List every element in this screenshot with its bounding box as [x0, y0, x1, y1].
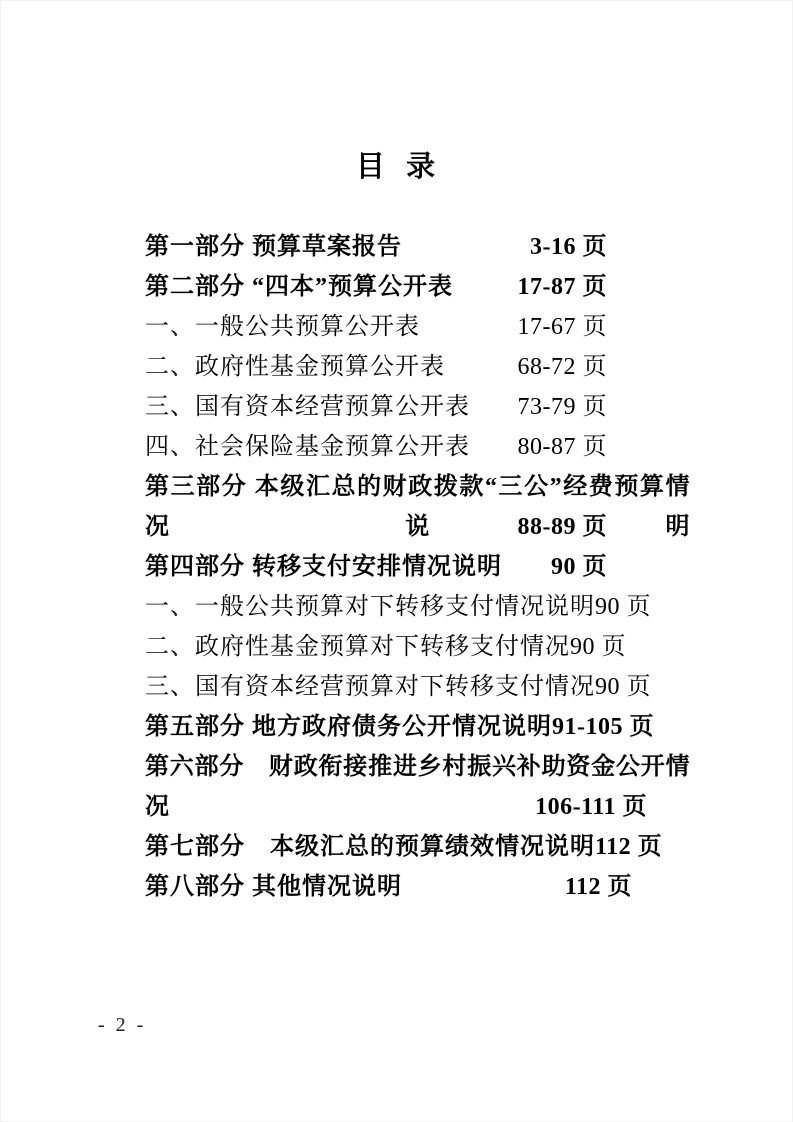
page-title: 目 录 [0, 144, 793, 185]
toc-row: 第一部分 预算草案报告 3-16 页 [145, 227, 690, 267]
toc-row: 第五部分 地方政府债务公开情况说明 91-105 页 [145, 707, 690, 747]
toc-row: 第三部分 本级汇总的财政拨款“三公”经费预算情况说明 [145, 467, 690, 507]
toc-row: 106-111 页 [145, 787, 690, 827]
toc-row-text: 三、国有资本经营预算对下转移支付情况 [145, 667, 595, 707]
toc-row-text: 第八部分 其他情况说明 [145, 867, 402, 907]
toc-row-text: 第四部分 转移支付安排情况说明 [145, 547, 502, 587]
toc-row: 第四部分 转移支付安排情况说明 90 页 [145, 547, 690, 587]
toc-row-text: 第七部分 本级汇总的预算绩效情况说明 [145, 827, 595, 867]
toc-row-text: 第一部分 预算草案报告 [145, 227, 402, 267]
toc-row-page: 73-79 页 [518, 387, 691, 427]
toc-row-text: 第五部分 地方政府债务公开情况说明 [145, 707, 552, 747]
toc-row-text: 第二部分 “四本”预算公开表 [145, 267, 453, 307]
toc-row: 一、一般公共预算对下转移支付情况说明 90 页 [145, 587, 690, 627]
toc-row: 四、社会保险基金预算公开表 80-87 页 [145, 427, 690, 467]
toc-row-page: 68-72 页 [518, 347, 691, 387]
toc-row-page: 106-111 页 [535, 787, 690, 827]
toc-row-text: 二、政府性基金预算公开表 [145, 347, 445, 387]
toc-row: 第六部分 财政衔接推进乡村振兴补助资金公开情况 [145, 747, 690, 787]
toc-row-page: 90 页 [570, 627, 709, 667]
toc-row-text: 一、一般公共预算公开表 [145, 307, 420, 347]
toc-row-text: 二、政府性基金预算对下转移支付情况 [145, 627, 570, 667]
toc-row-page: 90 页 [551, 547, 690, 587]
toc-row: 二、政府性基金预算对下转移支付情况 90 页 [145, 627, 690, 667]
toc-row: 三、国有资本经营预算公开表 73-79 页 [145, 387, 690, 427]
toc-row-text: 三、国有资本经营预算公开表 [145, 387, 470, 427]
toc-row-page: 90 页 [595, 587, 734, 627]
toc-row-text: 四、社会保险基金预算公开表 [145, 427, 470, 467]
toc-row-page: 17-67 页 [518, 307, 691, 347]
toc-row-page: 80-87 页 [518, 427, 691, 467]
toc-row-page: 90 页 [595, 667, 734, 707]
toc-row: 第八部分 其他情况说明 112 页 [145, 867, 690, 907]
toc-row-page: 88-89 页 [518, 507, 691, 547]
toc-row: 第七部分 本级汇总的预算绩效情况说明 112 页 [145, 827, 690, 867]
toc-row: 二、政府性基金预算公开表 68-72 页 [145, 347, 690, 387]
toc-row: 三、国有资本经营预算对下转移支付情况 90 页 [145, 667, 690, 707]
toc-row-page: 112 页 [595, 827, 720, 867]
toc-row: 第二部分 “四本”预算公开表 17-87 页 [145, 267, 690, 307]
toc-row-text: 一、一般公共预算对下转移支付情况说明 [145, 587, 595, 627]
toc-row-page: 112 页 [565, 867, 690, 907]
toc-row: 一、一般公共预算公开表 17-67 页 [145, 307, 690, 347]
toc-list: 第一部分 预算草案报告 3-16 页 第二部分 “四本”预算公开表 17-87 … [145, 227, 690, 907]
toc-row-page: 91-105 页 [552, 707, 754, 747]
document-page: 目 录 第一部分 预算草案报告 3-16 页 第二部分 “四本”预算公开表 17… [0, 0, 793, 1122]
footer-page-number: - 2 - [98, 1014, 146, 1037]
toc-row-page: 17-87 页 [518, 267, 691, 307]
toc-row-page: 3-16 页 [530, 227, 690, 267]
